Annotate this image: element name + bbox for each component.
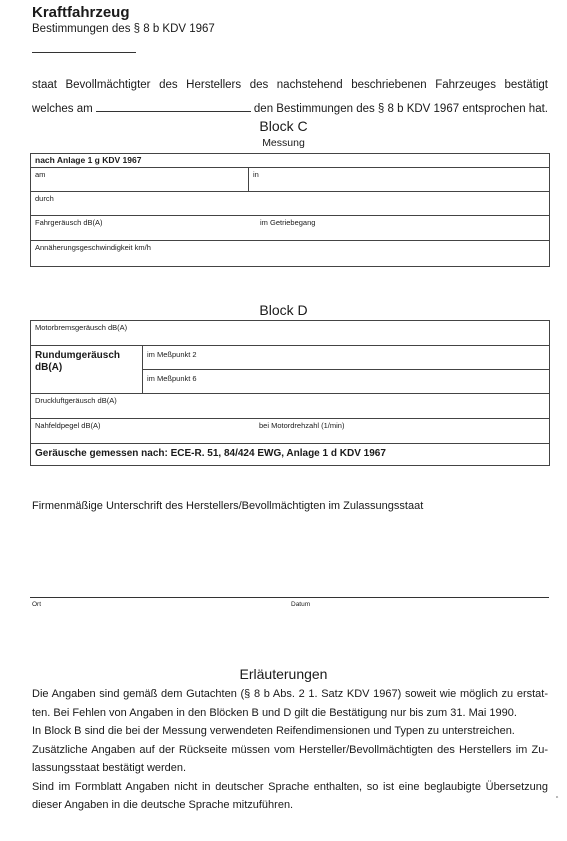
intro-line-2-suffix: den Bestimmungen des § 8 b KDV 1967 ents…	[254, 103, 548, 115]
fahrgeraeusch-field[interactable]: Fahrgeräusch dB(A) im Getriebegang	[31, 216, 550, 241]
fahrgeraeusch-label: Fahrgeräusch dB(A)	[35, 218, 103, 227]
messpunkt2-field[interactable]: im Meßpunkt 2	[143, 346, 550, 370]
nahfeld-label: Nahfeldpegel dB(A)	[35, 421, 100, 430]
nahfeld-field[interactable]: Nahfeldpegel dB(A) bei Motordrehzahl (1/…	[31, 419, 550, 444]
druckluft-label: Druckluftgeräusch dB(A)	[35, 396, 117, 405]
intro-line-1: staat Bevollmächtigter des Herstellers d…	[32, 79, 548, 91]
druckluft-field[interactable]: Druckluftgeräusch dB(A)	[31, 394, 550, 419]
messpunkt6-label: im Meßpunkt 6	[147, 374, 197, 383]
in-field[interactable]: in	[249, 168, 550, 192]
annaeherung-label: Annäherungsgeschwindigkeit km/h	[35, 243, 151, 252]
date-blank-field[interactable]	[96, 101, 251, 112]
motordrehzahl-label: bei Motordrehzahl (1/min)	[259, 421, 344, 430]
block-c-title: Block C	[0, 118, 567, 134]
erlaeuterungen-line: Zusätzliche Angaben auf der Rückseite mü…	[32, 741, 548, 760]
getriebegang-label: im Getriebegang	[260, 218, 315, 227]
rundum-label: Rundumgeräusch dB(A)	[31, 346, 143, 394]
block-d-title: Block D	[0, 302, 567, 318]
motorbrems-field[interactable]: Motorbremsgeräusch dB(A)	[31, 321, 550, 346]
ort-label: Ort	[32, 601, 41, 608]
intro-line-2-prefix: welches am	[32, 103, 93, 115]
durch-label: durch	[35, 194, 54, 203]
block-c-header-row: nach Anlage 1 g KDV 1967	[31, 154, 550, 168]
document-title: Kraftfahrzeug	[32, 4, 130, 21]
trailing-quote-mark: “	[556, 796, 558, 803]
gemessen-nach-row: Geräusche gemessen nach: ECE-R. 51, 84/4…	[31, 444, 550, 466]
short-fill-line	[32, 52, 136, 53]
erlaeuterungen-line: ten. Bei Fehlen von Angaben in den Blöck…	[32, 704, 548, 723]
motorbrems-label: Motorbremsgeräusch dB(A)	[35, 323, 127, 332]
erlaeuterungen-line: Die Angaben sind gemäß dem Gutachten (§ …	[32, 685, 548, 704]
messpunkt6-field[interactable]: im Meßpunkt 6	[143, 370, 550, 394]
annaeherung-field[interactable]: Annäherungsgeschwindigkeit km/h	[31, 241, 550, 267]
erlaeuterungen-title: Erläuterungen	[0, 666, 567, 682]
document-subtitle: Bestimmungen des § 8 b KDV 1967	[32, 23, 215, 35]
messpunkt2-label: im Meßpunkt 2	[147, 350, 197, 359]
erlaeuterungen-line: dieser Angaben in die deutsche Sprache m…	[32, 796, 548, 815]
erlaeuterungen-body: Die Angaben sind gemäß dem Gutachten (§ …	[32, 685, 548, 815]
am-field[interactable]: am	[31, 168, 249, 192]
am-label: am	[35, 170, 45, 179]
signature-area[interactable]	[30, 520, 549, 596]
block-c-subtitle: Messung	[0, 137, 567, 149]
signature-line	[30, 597, 549, 598]
erlaeuterungen-line: lassungsstaat bestätigt werden.	[32, 759, 548, 778]
datum-label: Datum	[291, 601, 310, 608]
block-c-table: nach Anlage 1 g KDV 1967 am in durch Fah…	[30, 153, 550, 267]
signature-label: Firmenmäßige Unterschrift des Hersteller…	[32, 500, 423, 512]
durch-field[interactable]: durch	[31, 192, 550, 216]
erlaeuterungen-line: In Block B sind die bei der Messung verw…	[32, 722, 548, 741]
erlaeuterungen-line: Sind im Formblatt Angaben nicht in deuts…	[32, 778, 548, 797]
block-d-table: Motorbremsgeräusch dB(A) Rundumgeräusch …	[30, 320, 550, 466]
in-label: in	[253, 170, 259, 179]
intro-line-2: welches am den Bestimmungen des § 8 b KD…	[32, 101, 548, 115]
